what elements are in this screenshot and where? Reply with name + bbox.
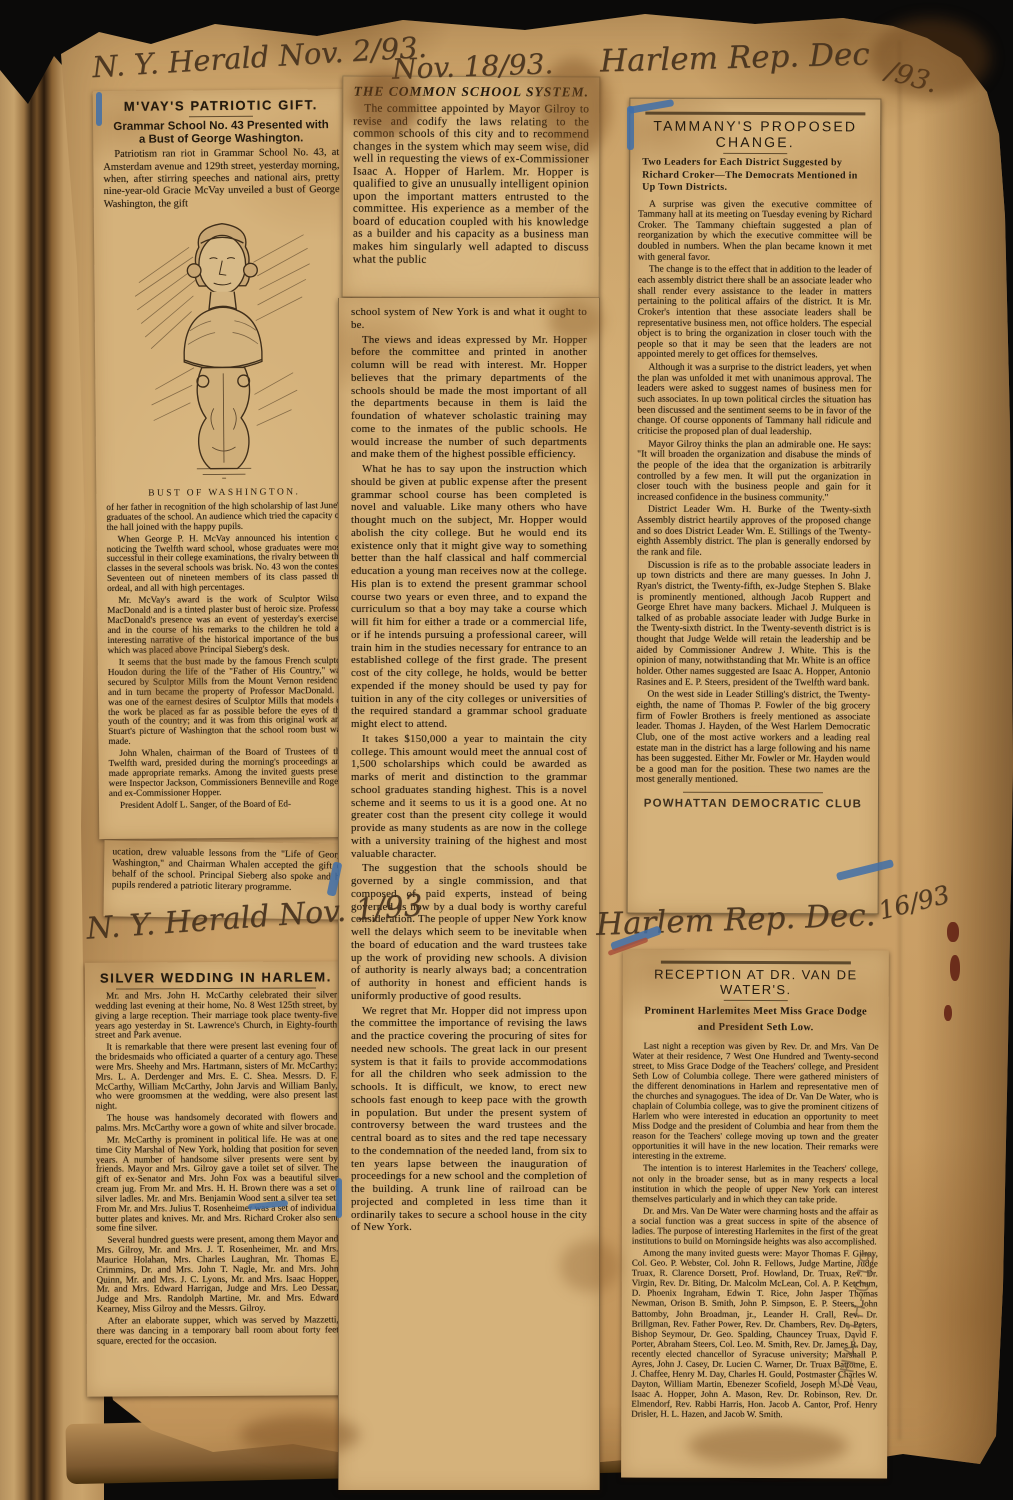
- paragraph: President Adolf L. Sanger, of the Board …: [109, 799, 345, 811]
- paragraph: A surprise was given the executive commi…: [638, 199, 872, 264]
- paragraph: Discussion is rife as to the probable as…: [636, 560, 870, 689]
- handwriting-source-top-right: Harlem Rep. Dec: [600, 36, 871, 79]
- paragraph: Dr. and Mrs. Van De Water were charming …: [632, 1205, 878, 1246]
- paragraph: The change is to the effect that in addi…: [638, 265, 872, 362]
- torn-edge-speck: [944, 1005, 952, 1021]
- paragraph: Mr. and Mrs. John H. McCarthy celebrated…: [95, 991, 337, 1041]
- subheadline-mcvay: Grammar School No. 43 Presented with a B…: [109, 119, 333, 147]
- rule: [189, 116, 253, 118]
- paragraph: Among the many invited guests were: Mayo…: [631, 1248, 878, 1420]
- paragraph: Although it was a surprise to the distri…: [637, 363, 871, 438]
- paragraph: It takes $150,000 a year to maintain the…: [351, 733, 587, 861]
- paragraph: When George P. H. McVay announced his in…: [107, 533, 344, 595]
- paragraph: Several hundred guests were present, amo…: [96, 1236, 338, 1316]
- paragraph: Mr. McVay's award is the work of Sculpto…: [107, 594, 344, 656]
- headline-mcvay: M'VAY'S PATRIOTIC GIFT.: [103, 97, 339, 114]
- article-body-common-school: school system of New York is and what it…: [351, 306, 587, 1234]
- paragraph: The suggestion that the schools should b…: [351, 862, 587, 1002]
- cutoff-next-headline: POWHATTAN DEMOCRATIC CLUB: [636, 798, 870, 812]
- blue-crayon-mark: [627, 106, 634, 150]
- stain: [240, 1415, 360, 1455]
- scrapbook-photo: N. Y. Herald Nov. 2/93. Nov. 18/93. Harl…: [0, 0, 1013, 1500]
- headline-tammany: TAMMANY'S PROPOSED CHANGE.: [638, 118, 872, 151]
- lead-paragraph: Patriotism ran riot in Grammar School No…: [103, 147, 340, 210]
- torn-edge-speck: [947, 922, 959, 942]
- article-body-silver-wedding: Mr. and Mrs. John H. McCarthy celebrated…: [95, 991, 339, 1347]
- stain: [688, 1425, 848, 1467]
- blue-crayon-mark: [96, 92, 102, 126]
- paragraph: On the west side in Leader Stilling's di…: [636, 690, 870, 787]
- handwriting-source-top-center: Nov. 18/93.: [391, 47, 553, 86]
- stain: [138, 630, 208, 720]
- clipping-silver-wedding: SILVER WEDDING IN HARLEM. Mr. and Mrs. J…: [85, 961, 349, 1396]
- paragraph: of her father in recognition of the high…: [106, 501, 342, 533]
- engraving-caption: BUST OF WASHINGTON.: [119, 487, 329, 499]
- headline-reception: RECEPTION AT DR. VAN DE WATER'S.: [633, 967, 879, 998]
- paragraph: The views and ideas expressed by Mr. Hop…: [351, 334, 587, 462]
- torn-edge-speck: [950, 955, 960, 981]
- stain: [870, 18, 990, 98]
- clipping-mcvay-patriotic-gift: M'VAY'S PATRIOTIC GIFT. Grammar School N…: [93, 89, 356, 839]
- washington-bust-engraving: BUST OF WASHINGTON.: [117, 213, 329, 499]
- blue-crayon-mark: [336, 1178, 342, 1218]
- continuation-text: ucation, drew valuable lessons from the …: [112, 846, 347, 893]
- rule: [116, 987, 316, 989]
- paragraph: We regret that Mr. Hopper did not impres…: [351, 1005, 587, 1235]
- stain: [700, 1005, 760, 1045]
- headline-silver-wedding: SILVER WEDDING IN HARLEM.: [95, 969, 337, 985]
- paragraph: District Leader Wm. H. Burke of the Twen…: [637, 505, 871, 559]
- paragraph: Last night a reception was given by Rev.…: [632, 1040, 878, 1162]
- stain: [548, 300, 602, 342]
- handwriting-source-lower-right-date: 16/93: [876, 880, 953, 926]
- paragraph: It is remarkable that there were present…: [95, 1043, 337, 1113]
- rule: [724, 1000, 788, 1001]
- paragraph: The intention is to interest Harlemites …: [632, 1163, 878, 1204]
- paragraph: After an elaborate supper, which was ser…: [97, 1316, 339, 1347]
- article-body-tammany: A surprise was given the executive commi…: [636, 199, 872, 786]
- rule: [723, 153, 787, 154]
- clipping-tammany-change: TAMMANY'S PROPOSED CHANGE. Two Leaders f…: [627, 98, 882, 915]
- paragraph: John Whalen, chairman of the Board of Tr…: [108, 747, 344, 799]
- rule: [683, 792, 823, 793]
- rule: [661, 961, 851, 965]
- paragraph: The house was handsomely decorated with …: [96, 1113, 338, 1134]
- paragraph: Mr. McCarthy is prominent in political l…: [96, 1135, 339, 1235]
- subheadline-tammany: Two Leaders for Each District Suggested …: [642, 157, 868, 195]
- paragraph: What he has to say upon the instruction …: [351, 463, 587, 731]
- paragraph: Mayor Gilroy thinks the plan an admirabl…: [637, 439, 871, 504]
- stain: [350, 70, 420, 140]
- stain: [538, 58, 610, 158]
- rule: [645, 112, 865, 116]
- stain: [560, 1240, 620, 1292]
